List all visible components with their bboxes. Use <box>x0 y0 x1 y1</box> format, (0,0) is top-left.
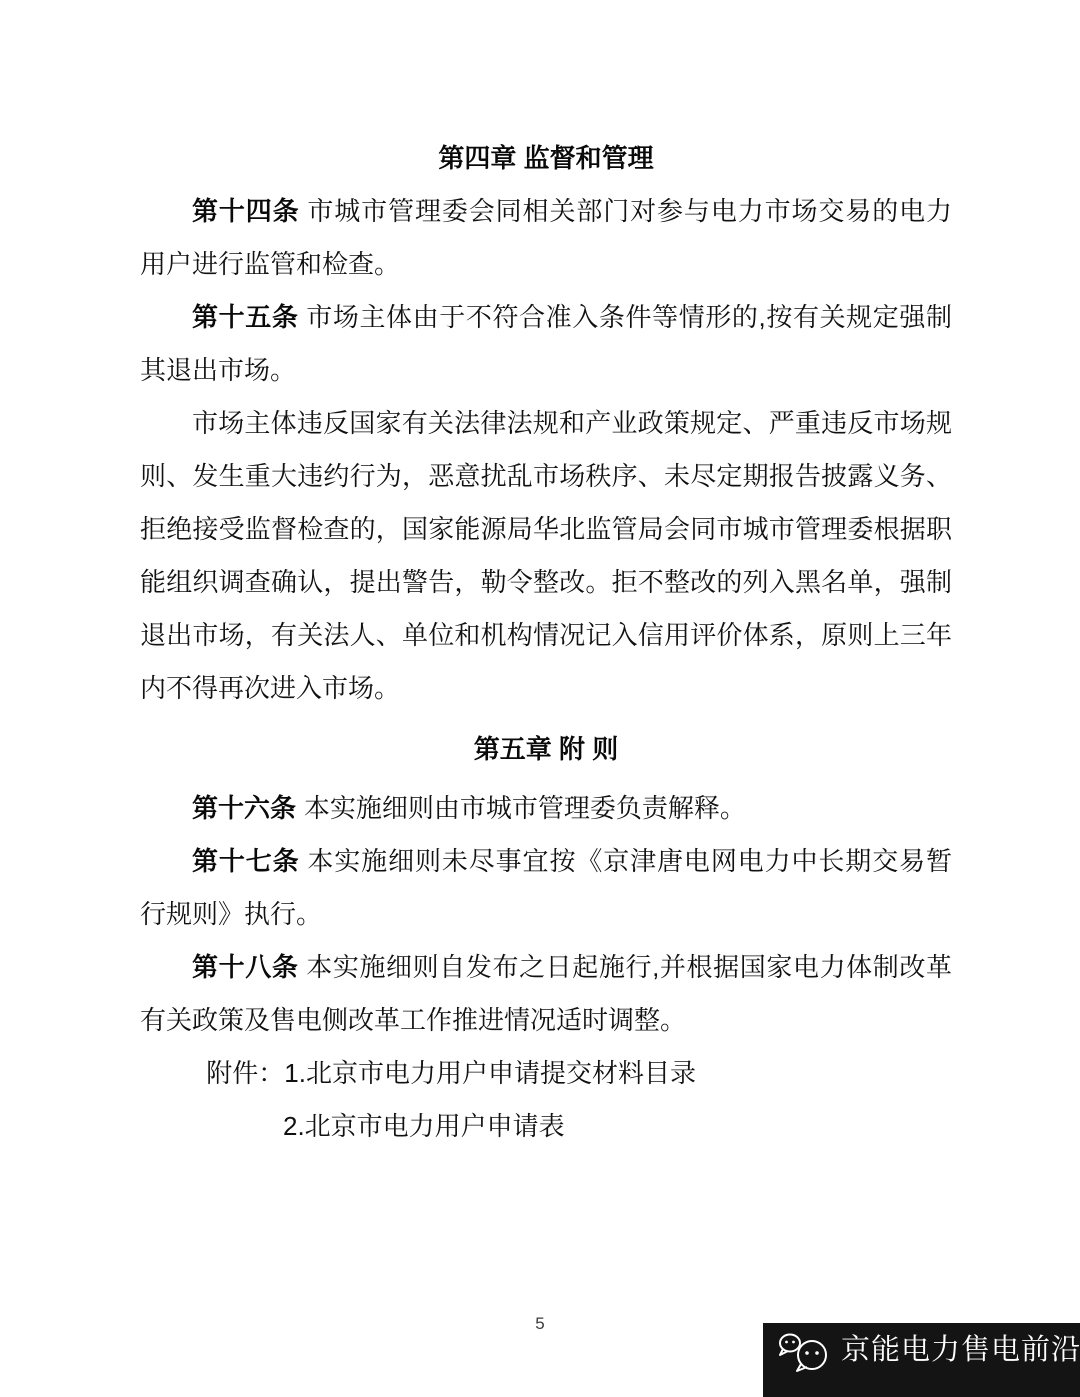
document-page: 第四章 监督和管理 第十四条市城市管理委会同相关部门对参与电力市场交易的电力用户… <box>0 0 1080 1397</box>
article-17-label: 第十七条 <box>192 846 300 876</box>
watermark-text: 京能电力售电前沿 <box>841 1330 1080 1370</box>
article-15-label: 第十五条 <box>192 302 298 332</box>
wechat-icon <box>777 1330 833 1374</box>
article-14-paragraph: 第十四条市城市管理委会同相关部门对参与电力市场交易的电力用户进行监管和检查。 <box>140 185 952 291</box>
document-content: 第四章 监督和管理 第十四条市城市管理委会同相关部门对参与电力市场交易的电力用户… <box>140 0 952 1153</box>
article-17-paragraph: 第十七条本实施细则未尽事宜按《京津唐电网电力中长期交易暂行规则》执行。 <box>140 835 952 941</box>
article-18-paragraph: 第十八条本实施细则自发布之日起施行,并根据国家电力体制改革有关政策及售电侧改革工… <box>140 941 952 1047</box>
article-18-label: 第十八条 <box>192 952 298 982</box>
chapter4-body-paragraph: 市场主体违反国家有关法律法规和产业政策规定、严重违反市场规则、发生重大违约行为，… <box>140 397 952 715</box>
article-14-label: 第十四条 <box>192 196 300 226</box>
article-15-paragraph: 第十五条市场主体由于不符合准入条件等情形的,按有关规定强制其退出市场。 <box>140 291 952 397</box>
article-16-paragraph: 第十六条本实施细则由市城市管理委负责解释。 <box>140 782 952 835</box>
chapter4-title: 第四章 监督和管理 <box>140 132 952 185</box>
chapter5-title: 第五章 附 则 <box>140 723 952 776</box>
attachment-line-1: 附件：1.北京市电力用户申请提交材料目录 <box>140 1047 952 1100</box>
watermark-badge: 京能电力售电前沿 <box>763 1323 1080 1397</box>
article-16-label: 第十六条 <box>192 793 296 823</box>
article-16-text: 本实施细则由市城市管理委负责解释。 <box>304 793 746 823</box>
attachment-line-2: 2.北京市电力用户申请表 <box>140 1100 952 1153</box>
